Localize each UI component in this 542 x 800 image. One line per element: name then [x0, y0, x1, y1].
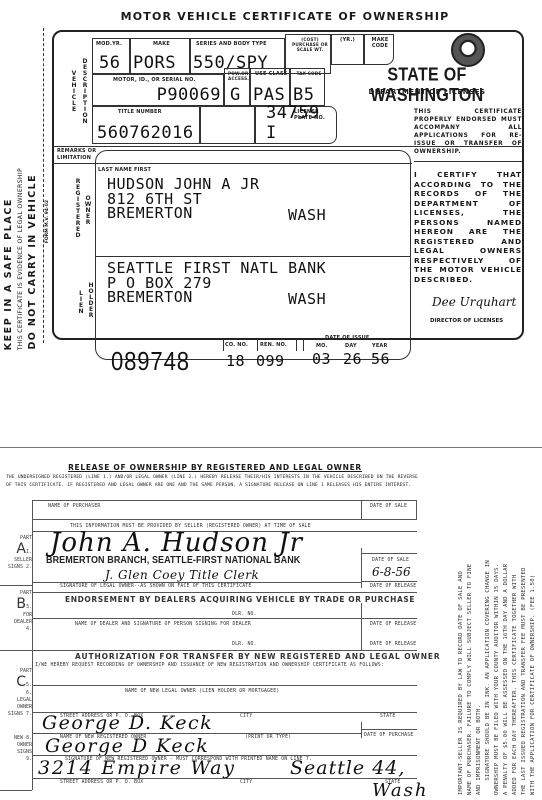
state-label-1: STATE [380, 714, 395, 719]
release-title: RELEASE OF OWNERSHIP BY REGISTERED AND L… [65, 463, 365, 472]
part-b-label: PART B3. FOR DEALER 4. [0, 590, 32, 633]
new-owner-street: 3214 Empire Way [38, 757, 236, 779]
model-year-value: 56 [99, 53, 120, 73]
new-owner-signature: George D Keck [45, 735, 209, 757]
co-no-value: 18 [226, 352, 245, 370]
tax-code-field: TAX CODE B5 [290, 68, 325, 106]
blank-field [200, 106, 255, 144]
registered-owner-city: BREMERTON [107, 206, 260, 221]
tear-line [0, 447, 542, 448]
owner-label: OWNER [84, 195, 92, 225]
legal-owner-signature-label: SIGNATURE OF LEGAL OWNER--AS SHOWN ON FA… [60, 584, 251, 589]
print-or-type-label: (PRINT OR TYPE) [245, 735, 291, 740]
endorsement-notice: THIS CERTIFICATE PROPERLY ENDORSED MUST … [414, 108, 522, 156]
issuing-state: STATE OF WASHINGTON [342, 65, 512, 106]
date-of-purchase-label: DATE OF PURCHASE [364, 733, 413, 738]
dealer-endorsement-title: ENDORSEMENT BY DEALERS ACQUIRING VEHICLE… [65, 595, 415, 604]
dealer-number-label-1: DLR. NO. [232, 612, 257, 617]
date-of-sale-label-2: DATE OF SALE [372, 558, 409, 563]
registered-label: REGISTERED [74, 178, 82, 238]
city-label-1: CITY [240, 714, 252, 719]
street-label-2: STREET ADDRESS OR P. O. BOX [60, 780, 143, 785]
make-value: PORS [133, 53, 176, 73]
issue-month: 03 [312, 350, 331, 368]
year-field: (YR.) [331, 34, 364, 65]
registered-owner-block: HUDSON JOHN A JR 812 6TH ST BREMERTON [107, 177, 260, 221]
part-c-label: PART C5. 6. LEGAL OWNER SIGNS 7. [0, 668, 32, 718]
new-owner-signs-label: NEW 8. OWNER SIGNS 9. [0, 735, 32, 763]
city-label-2: CITY [240, 780, 252, 785]
co-no-label: CO. NO. [225, 342, 248, 348]
state-seal-icon [451, 33, 485, 67]
make-code-field: MAKE CODE [364, 34, 394, 65]
ren-no-value: 099 [256, 352, 285, 370]
certificate-title: MOTOR VEHICLE CERTIFICATE OF OWNERSHIP [95, 10, 475, 23]
new-legal-owner-label: NAME OF NEW LEGAL OWNER (LIEN HOLDER OR … [125, 689, 279, 694]
model-year-field: MOD.YR. 56 [92, 38, 130, 74]
purchaser-label: NAME OF PURCHASER [48, 504, 101, 509]
date-of-sale-value: 6-8-56 [372, 565, 411, 579]
date-of-release-label-3: DATE OF RELEASE [370, 642, 416, 647]
divider [414, 161, 522, 162]
director-title: DIRECTOR OF LICENSES [430, 318, 503, 324]
date-of-issue-label: DATE OF ISSUE [325, 335, 370, 341]
evidence-text: THIS CERTIFICATE IS EVIDENCE OF LEGAL OW… [17, 168, 24, 350]
part-a-label: PART A1. SELLER SIGNS 2. [0, 535, 32, 571]
dealer-name-label: NAME OF DEALER AND SIGNATURE OF PERSON S… [75, 622, 251, 627]
use-class-field: USE CLASS PAS [250, 68, 290, 106]
motor-id-value: P90069 [157, 85, 221, 105]
remarks-label: REMARKS OR LIMITATION [57, 148, 99, 162]
certification-statement: I CERTIFY THAT ACCORDING TO THE RECORDS … [414, 170, 522, 284]
license-plate-field: LICENSE PLATE NO. 34759 I [255, 106, 337, 144]
license-plate-value: 34759 I [266, 103, 336, 143]
power-access-field: POW.OR ACCESS. G [224, 68, 250, 106]
divider [95, 256, 411, 257]
registered-owner-signature: John A. Hudson Jr [50, 528, 303, 558]
title-number-value: 560762016 [97, 123, 194, 143]
lien-holder-state: WASH [288, 290, 326, 308]
release-body: THE UNDERSIGNED REGISTERED (LINE 1.) AND… [6, 474, 418, 489]
description-label: DESCRIPTION [81, 58, 89, 124]
left-stub-notice: KEEP IN A SAFE PLACE THIS CERTIFICATE IS… [0, 60, 42, 350]
perforation-line [43, 28, 44, 343]
date-of-release-label-1: DATE OF RELEASE [370, 584, 416, 589]
issuing-department: DEPARTMENT OF LICENSES [342, 88, 512, 96]
authorization-body: I/WE HEREBY REQUEST RECORDING OF OWNERSH… [35, 662, 415, 669]
date-of-sale-label-1: DATE OF SALE [370, 504, 407, 509]
issue-day: 26 [343, 350, 362, 368]
new-owner-city: Seattle 44, [290, 757, 405, 779]
legal-owner-signature: J. Glen Coey Title Clerk [105, 568, 259, 582]
certificate-serial-number: 089748 [111, 346, 190, 377]
lien-label: LIEN [77, 290, 85, 314]
holder-label: HOLDER [87, 282, 95, 318]
keep-safe-text: KEEP IN A SAFE PLACE [3, 198, 14, 350]
authorization-title: AUTHORIZATION FOR TRANSFER BY NEW REGIST… [75, 652, 441, 661]
power-access-value: G [230, 85, 241, 105]
ren-no-label: REN. NO. [260, 342, 287, 348]
motor-id-field: MOTOR, ID., OR SERIAL NO. P90069 [92, 74, 224, 106]
purchaser-box [32, 500, 417, 520]
form-number: FORM M.V. 94-02 [45, 200, 50, 243]
make-field: MAKE PORS [130, 38, 190, 74]
tax-code-value: B5 [293, 85, 314, 105]
title-number-field: TITLE NUMBER 560762016 [92, 106, 200, 144]
do-not-carry-text: DO NOT CARRY IN VEHICLE [27, 174, 38, 350]
director-signature: Dee Urquhart [432, 295, 516, 309]
date-of-release-label-2: DATE OF RELEASE [370, 622, 416, 627]
use-class-value: PAS [253, 85, 285, 105]
last-name-first-label: LAST NAME FIRST [98, 167, 151, 173]
vehicle-label: VEHICLE [70, 70, 78, 112]
registered-owner-state: WASH [288, 206, 326, 224]
issue-year: 56 [371, 350, 390, 368]
important-notice: IMPORTANT-SELLER IS REQUIRED BY LAW TO R… [418, 470, 538, 795]
new-owner-printed-name: George D. Keck [42, 712, 213, 734]
dealer-number-label-2: DLR. NO. [232, 642, 257, 647]
